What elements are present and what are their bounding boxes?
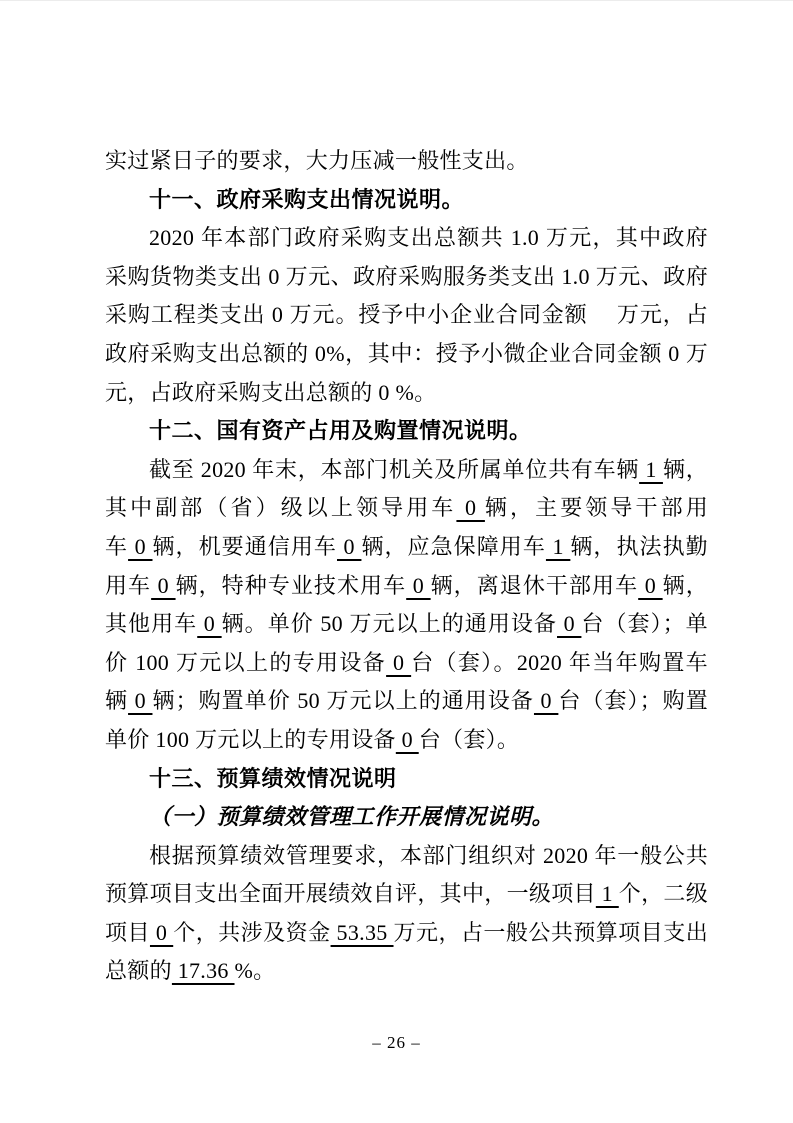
text-run: 辆；购置单价 50 万元以上的通用设备	[152, 688, 534, 713]
paragraph-performance: 根据预算绩效管理要求，本部门组织对 2020 年一般公共预算项目支出全面开展绩效…	[105, 837, 708, 991]
underlined-value: 0	[150, 920, 173, 945]
heading-section-11: 十一、政府采购支出情况说明。	[105, 181, 708, 220]
underlined-value: 1	[596, 881, 619, 906]
underlined-value: 0	[151, 573, 175, 598]
text-run: 十一、政府采购支出情况说明。	[149, 187, 464, 212]
continuation-paragraph: 实过紧日子的要求，大力压减一般性支出。	[105, 142, 708, 181]
heading-section-13: 十三、预算绩效情况说明	[105, 760, 708, 799]
document-content: 实过紧日子的要求，大力压减一般性支出。十一、政府采购支出情况说明。2020 年本…	[105, 142, 708, 991]
text-run: 辆。单价 50 万元以上的通用设备	[222, 611, 557, 636]
text-run: 辆，特种专业技术用车	[176, 573, 407, 598]
underlined-value: 0	[128, 688, 152, 713]
underlined-value: 0	[456, 495, 485, 520]
underlined-value: 1	[546, 534, 570, 559]
underlined-value: 0	[396, 727, 419, 752]
paragraph-procurement: 2020 年本部门政府采购支出总额共 1.0 万元，其中政府采购货物类支出 0 …	[105, 219, 708, 412]
underlined-value: 0	[406, 573, 430, 598]
paragraph-state-assets: 截至 2020 年末，本部门机关及所属单位共有车辆 1 辆，其中副部（省）级以上…	[105, 451, 708, 760]
text-run: 个，共涉及资金	[173, 920, 330, 945]
underlined-value: 0	[337, 534, 361, 559]
underlined-value: 0	[197, 611, 221, 636]
text-run: 台（套）。	[419, 727, 520, 752]
page-number: – 26 –	[372, 1033, 421, 1052]
text-run: 2020 年本部门政府采购支出总额共 1.0 万元，其中政府采购货物类支出 0 …	[105, 225, 708, 404]
heading-section-12: 十二、国有资产占用及购置情况说明。	[105, 412, 708, 451]
text-run: （一）预算绩效管理工作开展情况说明。	[149, 804, 554, 829]
text-run: 十二、国有资产占用及购置情况说明。	[149, 418, 532, 443]
text-run: 辆，应急保障用车	[361, 534, 546, 559]
text-run: 辆，离退休干部用车	[431, 573, 639, 598]
underlined-value: 0	[557, 611, 581, 636]
underlined-value: 0	[534, 688, 558, 713]
page-footer: – 26 –	[0, 1033, 793, 1053]
text-run: 辆，机要通信用车	[153, 534, 338, 559]
text-run: 十三、预算绩效情况说明	[149, 766, 397, 791]
text-run: %。	[235, 958, 276, 983]
document-page: 实过紧日子的要求，大力压减一般性支出。十一、政府采购支出情况说明。2020 年本…	[0, 0, 793, 1123]
heading-performance-sub1: （一）预算绩效管理工作开展情况说明。	[105, 798, 708, 837]
underlined-value: 0	[128, 534, 152, 559]
underlined-value: 53.35	[331, 920, 394, 945]
text-run: 实过紧日子的要求，大力压减一般性支出。	[105, 148, 529, 173]
underlined-value: 0	[638, 573, 662, 598]
text-run: 截至 2020 年末，本部门机关及所属单位共有车辆	[149, 457, 639, 482]
underlined-value: 17.36	[172, 958, 235, 983]
underlined-value: 0	[386, 650, 411, 675]
underlined-value: 1	[639, 457, 663, 482]
